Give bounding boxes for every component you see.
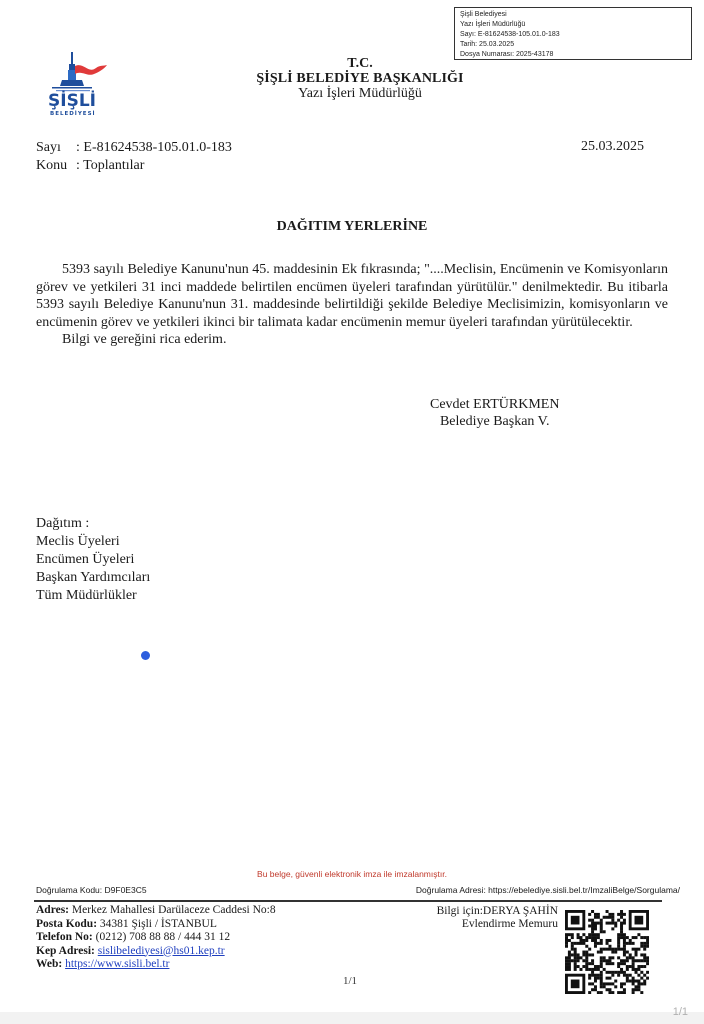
document-page: Şişli Belediyesi Yazı İşleri Müdürlüğü S… xyxy=(0,0,704,1012)
document-stamp-box: Şişli Belediyesi Yazı İşleri Müdürlüğü S… xyxy=(454,7,692,60)
phone-label: Telefon No: xyxy=(36,931,93,943)
sayi-label: Sayı xyxy=(36,139,76,157)
postal-line: Posta Kodu: 34381 Şişli / İSTANBUL xyxy=(36,918,276,932)
header-organization: ŞİŞLİ BELEDİYE BAŞKANLIĞI xyxy=(200,71,520,86)
svg-text:BELEDİYESİ: BELEDİYESİ xyxy=(50,110,96,117)
kep-line: Kep Adresi: sislibelediyesi@hs01.kep.tr xyxy=(36,945,276,959)
svg-text:ŞİŞLİ: ŞİŞLİ xyxy=(48,89,96,111)
document-title: DAĞITIM YERLERİNE xyxy=(0,219,704,235)
meta-konu: Konu: Toplantılar xyxy=(36,157,144,175)
viewer-page-indicator: 1/1 xyxy=(673,1006,688,1018)
web-line: Web: https://www.sisli.bel.tr xyxy=(36,958,276,972)
header-department: Yazı İşleri Müdürlüğü xyxy=(200,86,520,101)
address-line: Adres: Merkez Mahallesi Darülaceze Cadde… xyxy=(36,904,276,918)
kep-label: Kep Adresi: xyxy=(36,945,95,957)
distribution-item: Başkan Yardımcıları xyxy=(36,569,150,587)
letterhead: T.C. ŞİŞLİ BELEDİYE BAŞKANLIĞI Yazı İşle… xyxy=(200,56,520,101)
esignature-note: Bu belge, güvenli elektronik imza ile im… xyxy=(0,869,704,879)
signature-block: Cevdet ERTÜRKMEN Belediye Başkan V. xyxy=(430,396,559,430)
contact-person: Bilgi için:DERYA ŞAHİN Evlendirme Memuru xyxy=(437,905,558,930)
address-label: Adres: xyxy=(36,904,69,916)
postal-label: Posta Kodu: xyxy=(36,918,97,930)
footer-divider xyxy=(34,900,662,902)
contact-person-title: Evlendirme Memuru xyxy=(437,918,558,931)
signatory-name: Cevdet ERTÜRKMEN xyxy=(430,396,559,413)
address-value: Merkez Mahallesi Darülaceze Caddesi No:8 xyxy=(69,904,276,916)
distribution-item: Tüm Müdürlükler xyxy=(36,587,150,605)
document-body: 5393 sayılı Belediye Kanunu'nun 45. madd… xyxy=(36,261,668,349)
signatory-title: Belediye Başkan V. xyxy=(430,413,559,430)
contact-block: Adres: Merkez Mahallesi Darülaceze Cadde… xyxy=(36,904,276,972)
distribution-list: Dağıtım : Meclis Üyeleri Encümen Üyeleri… xyxy=(36,515,150,605)
stamp-line: Tarih: 25.03.2025 xyxy=(460,40,686,50)
postal-value: 34381 Şişli / İSTANBUL xyxy=(97,918,217,930)
distribution-label: Dağıtım : xyxy=(36,515,150,533)
web-label: Web: xyxy=(36,958,62,970)
konu-value: : Toplantılar xyxy=(76,158,144,173)
phone-line: Telefon No: (0212) 708 88 88 / 444 31 12 xyxy=(36,931,276,945)
body-closing: Bilgi ve gereğini rica ederim. xyxy=(36,331,668,349)
verification-address: Doğrulama Adresi: https://ebelediye.sisl… xyxy=(416,885,680,895)
konu-label: Konu xyxy=(36,157,76,175)
header-tc: T.C. xyxy=(200,56,520,71)
stamp-line: Sayı: E-81624538-105.01.0-183 xyxy=(460,30,686,40)
document-page-number: 1/1 xyxy=(343,975,357,987)
distribution-item: Encümen Üyeleri xyxy=(36,551,150,569)
qr-code-icon xyxy=(565,910,649,994)
cursor-dot-icon xyxy=(141,651,150,660)
stamp-line: Yazı İşleri Müdürlüğü xyxy=(460,20,686,30)
contact-person-name: Bilgi için:DERYA ŞAHİN xyxy=(437,905,558,918)
distribution-item: Meclis Üyeleri xyxy=(36,533,150,551)
sisli-belediyesi-logo-icon: ŞİŞLİ BELEDİYESİ xyxy=(44,50,116,118)
sayi-value: : E-81624538-105.01.0-183 xyxy=(76,140,232,155)
document-date: 25.03.2025 xyxy=(581,139,644,155)
verification-code: Doğrulama Kodu: D9F0E3C5 xyxy=(36,885,147,895)
meta-sayi: Sayı: E-81624538-105.01.0-183 xyxy=(36,139,232,157)
website-link[interactable]: https://www.sisli.bel.tr xyxy=(65,958,169,970)
stamp-line: Şişli Belediyesi xyxy=(460,10,686,20)
body-paragraph: 5393 sayılı Belediye Kanunu'nun 45. madd… xyxy=(36,261,668,331)
phone-value: (0212) 708 88 88 / 444 31 12 xyxy=(93,931,230,943)
kep-email-link[interactable]: sislibelediyesi@hs01.kep.tr xyxy=(98,945,225,957)
